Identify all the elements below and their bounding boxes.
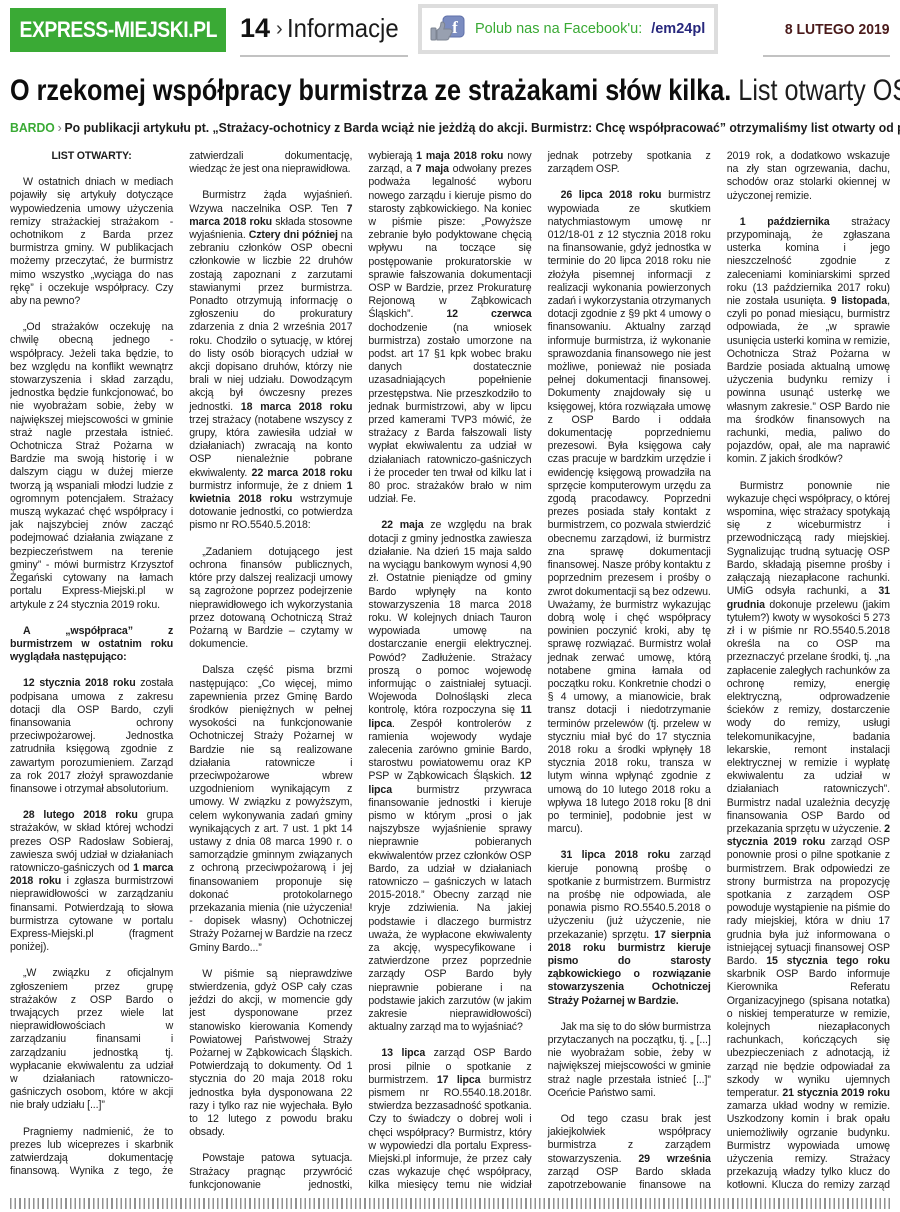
article-paragraph: „W związku z oficjalnym zgłoszeniem prze…	[10, 967, 173, 1112]
section-name: Informacje	[287, 13, 399, 44]
article-paragraph: 28 lutego 2018 roku grupa strażaków, w s…	[10, 809, 173, 954]
chevron-right-icon: ›	[276, 18, 283, 40]
svg-text:f: f	[452, 18, 458, 37]
newspaper-page: EXPRESS-MIEJSKI.PL 14›Informacje f Polub…	[0, 0, 900, 1212]
masthead-logo: EXPRESS-MIEJSKI.PL	[10, 8, 226, 52]
article-paragraph: 31 lipca 2018 roku zarząd kieruje ponown…	[548, 849, 711, 1007]
masthead-logo-text: EXPRESS-MIEJSKI.PL	[19, 17, 217, 43]
headline: O rzekomej współpracy burmistrza ze stra…	[10, 74, 890, 108]
lead-location-tag: BARDO	[10, 120, 55, 135]
page-number: 14	[240, 13, 270, 43]
lead-text: Po publikacji artykułu pt. „Strażacy-och…	[65, 120, 900, 135]
article-paragraph: 1 października strażacy przypominają, że…	[727, 216, 890, 467]
article-paragraph: W piśmie są nieprawdziwe stwierdzenia, g…	[189, 968, 352, 1140]
article-paragraph: W ostatnich dniach w mediach pojawiły si…	[10, 176, 173, 308]
article-paragraph: Burmistrz żąda wyjaśnień. Wzywa naczelni…	[189, 189, 352, 532]
article-paragraph: 26 lipca 2018 roku burmistrz wypowiada z…	[548, 189, 711, 836]
headline-sub: List otwarty OSP Bardo	[731, 74, 900, 107]
article-body: LIST OTWARTY:W ostatnich dniach w mediac…	[10, 150, 890, 1194]
facebook-like-icon: f	[430, 14, 466, 44]
article-paragraph: Dalsza część pisma brzmi następująco: „C…	[189, 664, 352, 954]
article-paragraph: 22 maja ze względu na brak dotacji z gmi…	[368, 519, 531, 1034]
facebook-banner-label: Polub nas na Facebook'u:	[475, 21, 642, 37]
article-paragraph: „Zadaniem dotującego jest ochrona finans…	[189, 546, 352, 652]
article-paragraph: LIST OTWARTY:	[10, 150, 173, 163]
article-paragraph: A „współpraca” z burmistrzem w ostatnim …	[10, 625, 173, 665]
header-divider	[240, 55, 408, 57]
issue-date: 8 LUTEGO 2019	[785, 21, 890, 38]
facebook-handle: /em24pl	[651, 21, 705, 37]
page-section-indicator: 14›Informacje	[240, 13, 408, 44]
article-paragraph: 12 stycznia 2018 roku została podpisana …	[10, 677, 173, 796]
facebook-banner[interactable]: f Polub nas na Facebook'u: /em24pl	[418, 4, 718, 54]
lead-chevron-icon: ›	[58, 120, 62, 135]
header-divider	[763, 55, 890, 57]
article-paragraph: Jak ma się to do słów burmistrza przytac…	[548, 1021, 711, 1100]
perforation-strip	[10, 1198, 890, 1209]
article-paragraph: „Od strażaków oczekuję na chwilę obecną …	[10, 321, 173, 611]
headline-main: O rzekomej współpracy burmistrza ze stra…	[10, 74, 731, 107]
lead-paragraph: BARDO›Po publikacji artykułu pt. „Straża…	[10, 119, 890, 137]
